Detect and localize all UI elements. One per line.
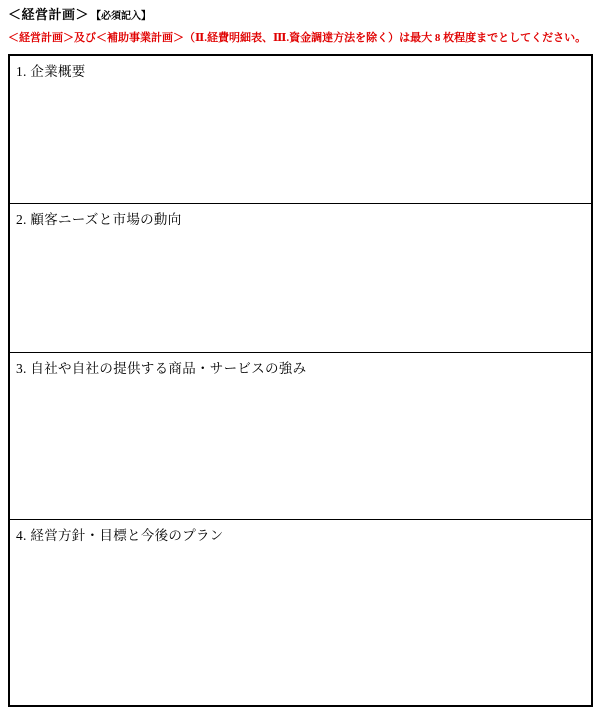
document-title-line: ＜経営計画＞ 【必須記入】 [8,4,593,23]
section-heading: 4. 経営方針・目標と今後のプラン [16,524,585,544]
section-heading: 1. 企業概要 [16,60,585,80]
required-entry-note: 【必須記入】 [91,7,151,22]
section-heading: 3. 自社や自社の提供する商品・サービスの強み [16,357,585,377]
management-plan-table: 1. 企業概要 2. 顧客ニーズと市場の動向 3. 自社や自社の提供する商品・サ… [8,54,593,707]
page-limit-instruction: ＜経営計画＞及び＜補助事業計画＞（Ⅱ.経費明細表、Ⅲ.資金調達方法を除く）は最大… [8,29,593,45]
section-strengths-of-products-services[interactable]: 3. 自社や自社の提供する商品・サービスの強み [10,352,591,519]
section-heading: 2. 顧客ニーズと市場の動向 [16,208,585,228]
section-policy-goals-future-plan[interactable]: 4. 経営方針・目標と今後のプラン [10,519,591,705]
section-customer-needs-market-trends[interactable]: 2. 顧客ニーズと市場の動向 [10,203,591,352]
document-title: ＜経営計画＞ [8,4,89,23]
section-company-overview[interactable]: 1. 企業概要 [10,56,591,203]
document-page: ＜経営計画＞ 【必須記入】 ＜経営計画＞及び＜補助事業計画＞（Ⅱ.経費明細表、Ⅲ… [0,0,600,708]
